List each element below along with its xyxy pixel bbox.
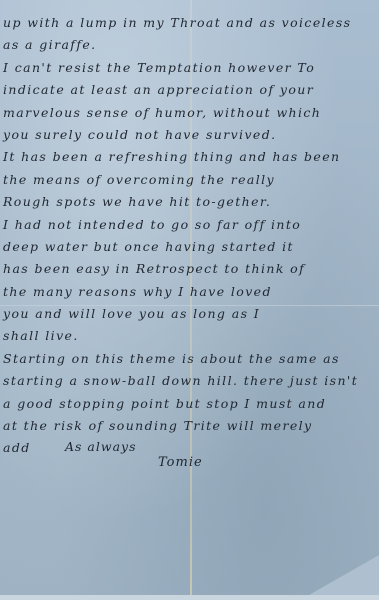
closing-phrase: As always (65, 439, 137, 454)
letter-line: up with a lump in my Throat and as voice… (3, 12, 373, 34)
letter-line: I can't resist the Temptation however To (3, 57, 373, 79)
letter-line: I had not intended to go so far off into (3, 214, 373, 236)
letter-line: Rough spots we have hit to-gether. (3, 191, 373, 213)
letter-line: at the risk of sounding Trite will merel… (3, 415, 373, 437)
closing-block: add As always Tomie (3, 437, 373, 487)
letter-line: has been easy in Retrospect to think of (3, 258, 373, 280)
letter-line: It has been a refreshing thing and has b… (3, 146, 373, 168)
letter-line: the many reasons why I have loved (3, 281, 373, 303)
letter-line: the means of overcoming the really (3, 169, 373, 191)
letter-line: starting a snow-ball down hill. there ju… (3, 370, 373, 392)
letter-page: up with a lump in my Throat and as voice… (0, 0, 379, 595)
folded-corner (309, 555, 379, 595)
letter-line: marvelous sense of humor, without which (3, 102, 373, 124)
letter-line: you surely could not have survived. (3, 124, 373, 146)
letter-line: deep water but once having started it (3, 236, 373, 258)
signature: Tomie (158, 455, 203, 470)
page-bottom-edge (0, 595, 379, 600)
letter-line: a good stopping point but stop I must an… (3, 393, 373, 415)
letter-line: indicate at least an appreciation of you… (3, 79, 373, 101)
letter-body: up with a lump in my Throat and as voice… (3, 12, 373, 487)
letter-line: you and will love you as long as I (3, 303, 373, 325)
letter-line: as a giraffe. (3, 34, 373, 56)
letter-line: shall live. (3, 325, 373, 347)
letter-line: Starting on this theme is about the same… (3, 348, 373, 370)
